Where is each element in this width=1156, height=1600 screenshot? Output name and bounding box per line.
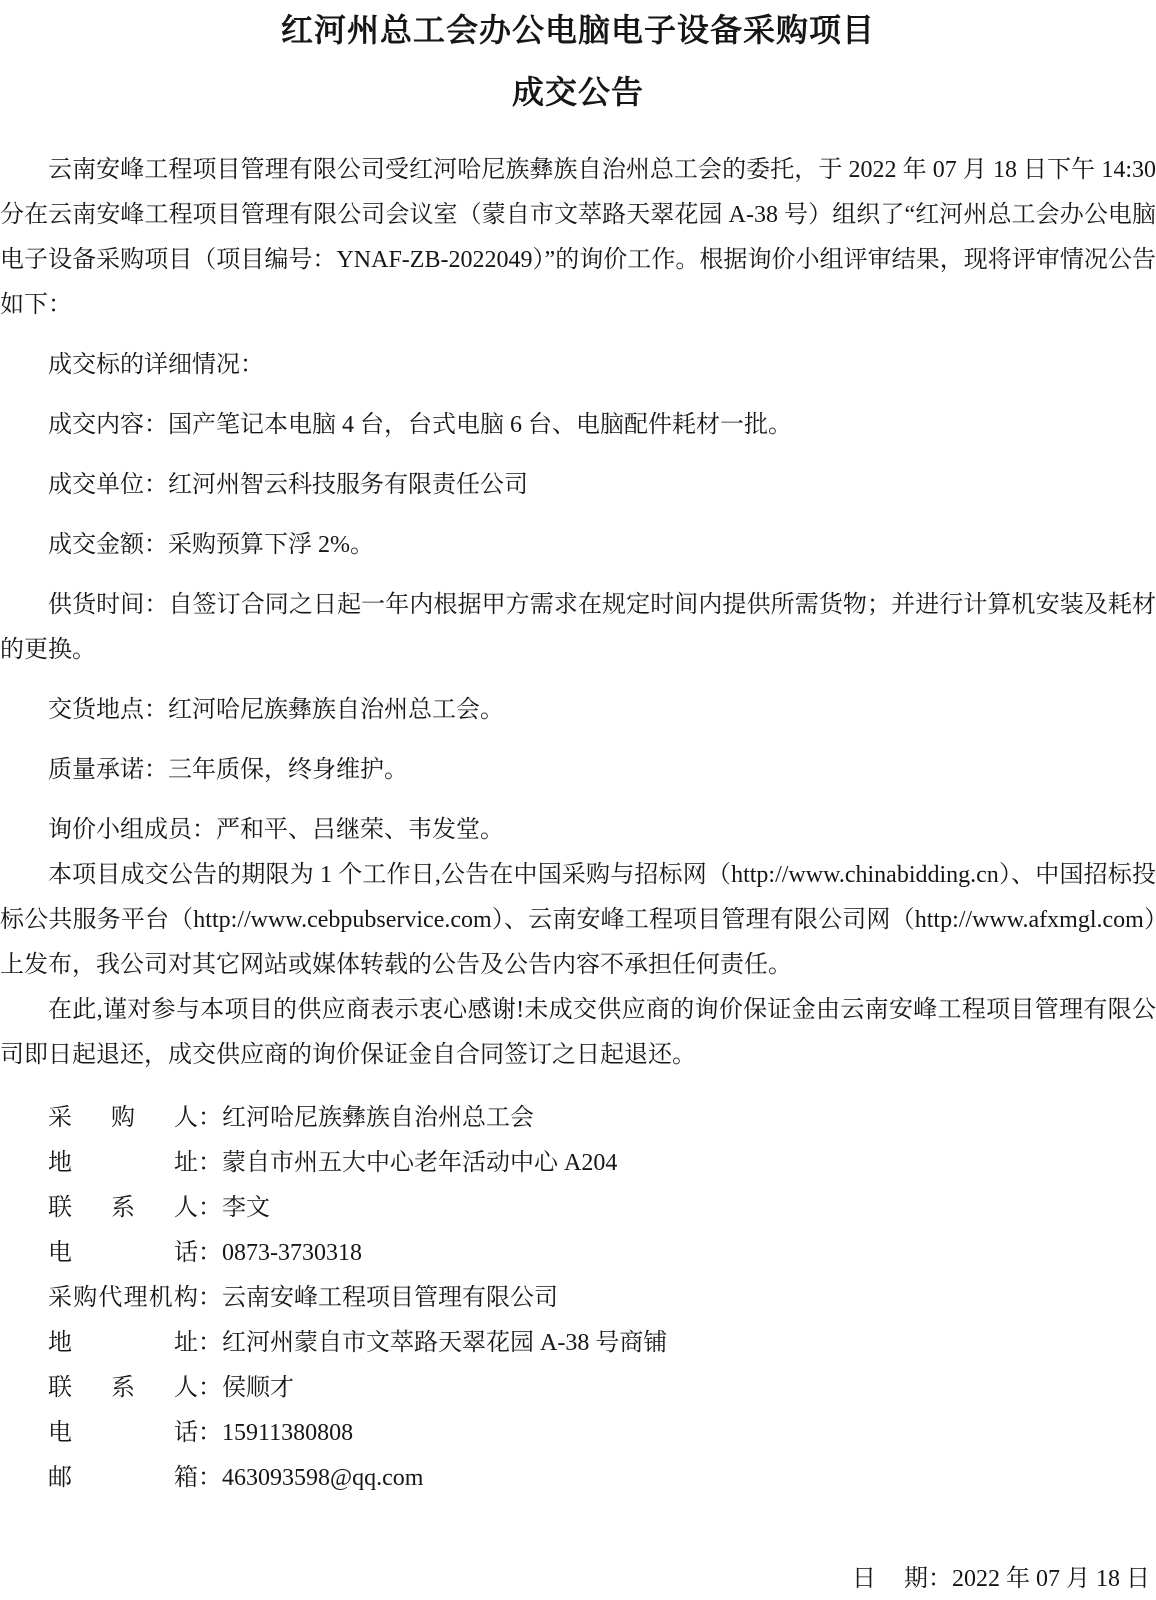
contact-value: 15911380808: [222, 1420, 353, 1446]
contact-value: 0873-3730318: [222, 1240, 362, 1266]
contact-row-purchaser-phone: 电话：0873-3730318: [0, 1231, 1156, 1276]
contact-value: 红河哈尼族彝族自治州总工会: [222, 1105, 534, 1131]
contact-row-purchaser: 采购人：红河哈尼族彝族自治州总工会: [0, 1096, 1156, 1141]
page-subtitle: 成交公告: [0, 70, 1156, 114]
date-value: 2022 年 07 月 18 日: [952, 1559, 1150, 1599]
contact-value: 李文: [222, 1195, 270, 1221]
deal-content-line: 成交内容：国产笔记本电脑 4 台，台式电脑 6 台、电脑配件耗材一批。: [0, 403, 1156, 448]
contact-label: 电话: [48, 1411, 198, 1456]
contact-colon: ：: [198, 1195, 222, 1221]
contact-row-agency-email: 邮箱：463093598@qq.com: [0, 1456, 1156, 1501]
deal-details-heading: 成交标的详细情况：: [0, 343, 1156, 388]
contact-row-agency-address: 地址：红河州蒙自市文萃路天翠花园 A-38 号商铺: [0, 1321, 1156, 1366]
contact-value: 463093598@qq.com: [222, 1465, 423, 1491]
contact-colon: ：: [198, 1105, 222, 1131]
contact-label: 采购人: [48, 1096, 198, 1141]
contact-colon: ：: [198, 1330, 222, 1356]
deal-amount-line: 成交金额：采购预算下浮 2%。: [0, 523, 1156, 568]
inquiry-panel-line: 询价小组成员：严和平、吕继荣、韦发堂。: [0, 808, 1156, 853]
winning-supplier-line: 成交单位：红河州智云科技服务有限责任公司: [0, 463, 1156, 508]
contact-row-purchaser-person: 联系人：李文: [0, 1186, 1156, 1231]
contact-block: 采购人：红河哈尼族彝族自治州总工会 地址：蒙自市州五大中心老年活动中心 A204…: [0, 1096, 1156, 1501]
contact-label: 地址: [48, 1141, 198, 1186]
contact-colon: ：: [198, 1150, 222, 1176]
contact-colon: ：: [198, 1375, 222, 1401]
page-title: 红河州总工会办公电脑电子设备采购项目: [0, 8, 1156, 52]
thanks-paragraph: 在此,谨对参与本项目的供应商表示衷心感谢!未成交供应商的询价保证金由云南安峰工程…: [0, 988, 1156, 1078]
contact-row-agency-phone: 电话：15911380808: [0, 1411, 1156, 1456]
contact-label: 地址: [48, 1321, 198, 1366]
delivery-place-line: 交货地点：红河哈尼族彝族自治州总工会。: [0, 688, 1156, 733]
contact-label: 联系人: [48, 1186, 198, 1231]
date-label: 日期: [852, 1559, 928, 1599]
announcement-page: 红河州总工会办公电脑电子设备采购项目 成交公告 云南安峰工程项目管理有限公司受红…: [0, 0, 1156, 1600]
contact-colon: ：: [198, 1420, 222, 1446]
date-row: 日期：2022 年 07 月 18 日: [0, 1559, 1156, 1599]
contact-label: 邮箱: [48, 1456, 198, 1501]
contact-label: 电话: [48, 1231, 198, 1276]
intro-paragraph: 云南安峰工程项目管理有限公司受红河哈尼族彝族自治州总工会的委托，于 2022 年…: [0, 148, 1156, 328]
contact-value: 蒙自市州五大中心老年活动中心 A204: [222, 1150, 617, 1176]
contact-colon: ：: [198, 1285, 222, 1311]
supply-time-line: 供货时间：自签订合同之日起一年内根据甲方需求在规定时间内提供所需货物；并进行计算…: [0, 583, 1156, 673]
contact-colon: ：: [198, 1240, 222, 1266]
contact-value: 云南安峰工程项目管理有限公司: [222, 1285, 558, 1311]
publish-paragraph: 本项目成交公告的期限为 1 个工作日,公告在中国采购与招标网（http://ww…: [0, 853, 1156, 988]
date-colon: ：: [928, 1559, 952, 1599]
contact-value: 红河州蒙自市文萃路天翠花园 A-38 号商铺: [222, 1330, 667, 1356]
contact-colon: ：: [198, 1465, 222, 1491]
contact-row-purchaser-address: 地址：蒙自市州五大中心老年活动中心 A204: [0, 1141, 1156, 1186]
contact-row-agency-person: 联系人：侯顺才: [0, 1366, 1156, 1411]
quality-promise-line: 质量承诺：三年质保，终身维护。: [0, 748, 1156, 793]
contact-label: 采购代理机构: [48, 1276, 198, 1321]
contact-row-agency: 采购代理机构：云南安峰工程项目管理有限公司: [0, 1276, 1156, 1321]
contact-label: 联系人: [48, 1366, 198, 1411]
contact-value: 侯顺才: [222, 1375, 294, 1401]
